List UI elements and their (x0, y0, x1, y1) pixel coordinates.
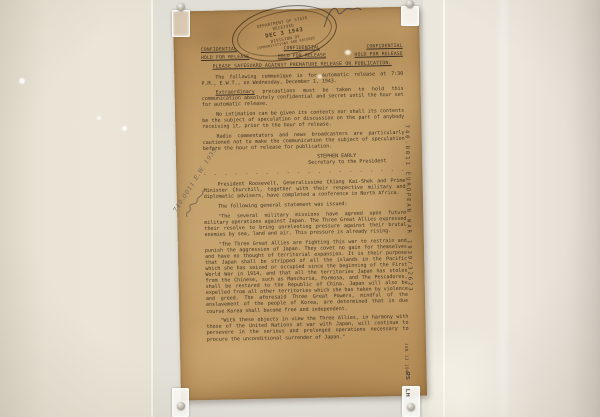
military-missions-paragraph: "The several military missions have agre… (204, 209, 406, 238)
safeguard-notice: PLEASE SAFEGUARD AGAINST PREMATURE RELEA… (201, 60, 403, 70)
mount-clip-top-right (401, 6, 419, 26)
hold-for-release-label: HOLD FOR RELEASE (278, 54, 326, 61)
confidential-label: CONFIDENTIAL (201, 47, 237, 53)
signature-block: STEPHEN EARLY Secretary to the President (308, 152, 405, 167)
framed-document-photo: DEPARTMENT OF STATE RECEIVED DEC 3 1943 … (0, 0, 600, 417)
precautions-paragraph: Extraordinary precautions must be taken … (202, 86, 404, 109)
dotted-separator: - - - - - - - - - - - - - - - - - - - - … (203, 168, 405, 178)
mount-clip-top-left (172, 10, 190, 37)
three-allies-paragraph: "The Three Great Allies are fighting thi… (205, 237, 408, 314)
mount-clip-screw (177, 402, 185, 410)
glass-glare-dot (19, 78, 25, 84)
glass-reflection (428, 315, 543, 417)
signature-title: Secretary to the President (308, 158, 405, 167)
mount-clip-screw (407, 403, 415, 411)
no-intimation-paragraph: No intimation can be given its contents … (202, 108, 404, 131)
mount-mark-ps: PS (404, 372, 410, 380)
mount-mark-lh: LH (404, 389, 410, 397)
mount-clip-screw (177, 3, 185, 11)
glass-glare-dot (97, 116, 101, 120)
conference-paragraph: President Roosevelt, Generalissimo Chian… (204, 178, 406, 201)
handwritten-initials-icon (321, 2, 364, 33)
typewritten-document: DEPARTMENT OF STATE RECEIVED DEC 3 1943 … (173, 6, 427, 400)
radio-caution-paragraph: Radio commentators and news broadcasters… (203, 130, 405, 153)
mount-clip-screw (406, 0, 414, 8)
glass-glare-dot (122, 126, 127, 131)
statement-intro-paragraph: The following general statement was issu… (204, 200, 406, 210)
release-time-paragraph: The following communique is for automati… (201, 70, 403, 86)
confidential-label: CONFIDENTIAL (284, 46, 320, 52)
confidential-label: CONFIDENTIAL (366, 44, 402, 50)
hold-for-release-label: HOLD FOR RELEASE (354, 52, 402, 59)
left-wall-panel (0, 0, 153, 417)
document-text: CONFIDENTIAL CONFIDENTIAL CONFIDENTIAL H… (201, 44, 410, 395)
hold-for-release-label: HOLD FOR RELEASE (201, 55, 249, 62)
unconditional-surrender-paragraph: "With these objects in view the Three Al… (206, 314, 408, 343)
